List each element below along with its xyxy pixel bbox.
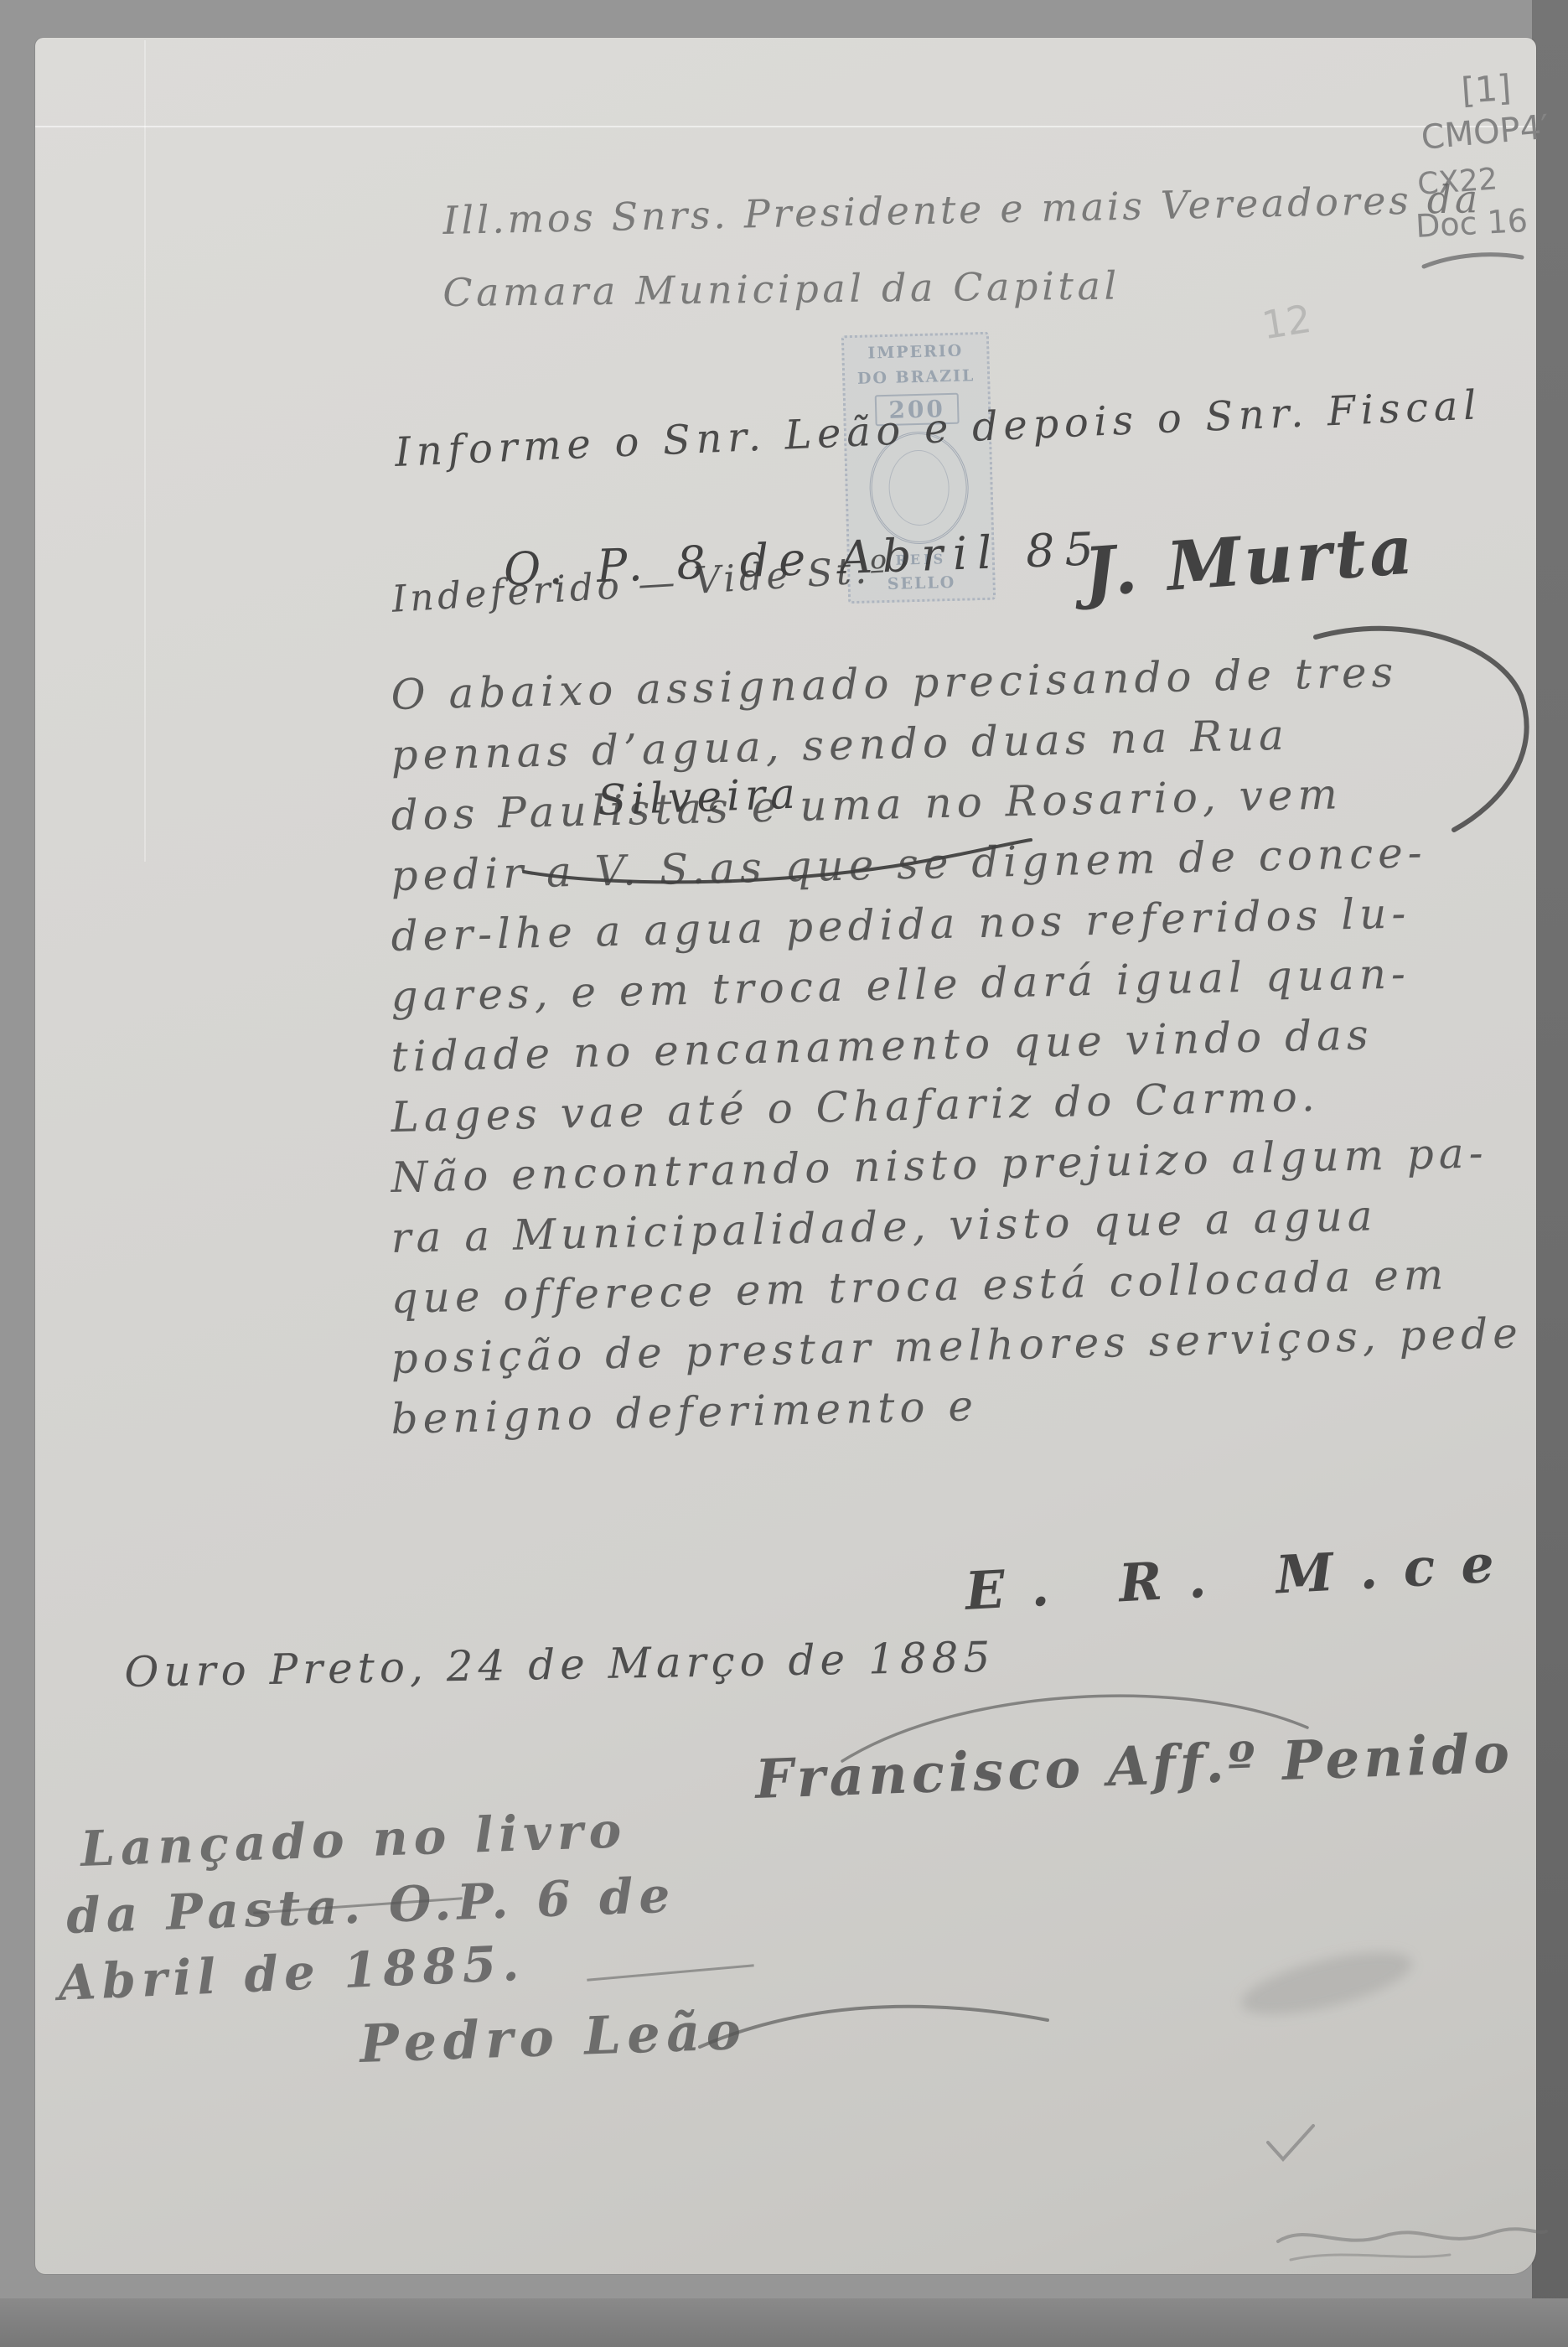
paper-crease-line: [35, 126, 1536, 127]
stamp-crest: [887, 449, 950, 526]
address-line-2: Camara Municipal da Capital: [442, 263, 1120, 315]
paper-fold-line: [144, 40, 146, 862]
archival-ref-mark: [1]: [1460, 67, 1513, 111]
scanner-background-right: [1532, 0, 1568, 2347]
archival-underline-flourish: [1420, 250, 1529, 273]
stamp-country-line2: DO BRAZIL: [857, 367, 975, 389]
check-mark: [1261, 2119, 1320, 2169]
faint-scribble: [1274, 2189, 1550, 2282]
scanned-document-page: [1] CMOP4′ CX22 Doc 16 12 Ill.mos Snrs. …: [0, 0, 1568, 2347]
registry-signature-flourish: [696, 1995, 1056, 2062]
scanner-background-bottom: [0, 2298, 1568, 2347]
stamp-country-line1: IMPERIO: [867, 342, 963, 363]
pencil-page-number: 12: [1259, 296, 1314, 348]
